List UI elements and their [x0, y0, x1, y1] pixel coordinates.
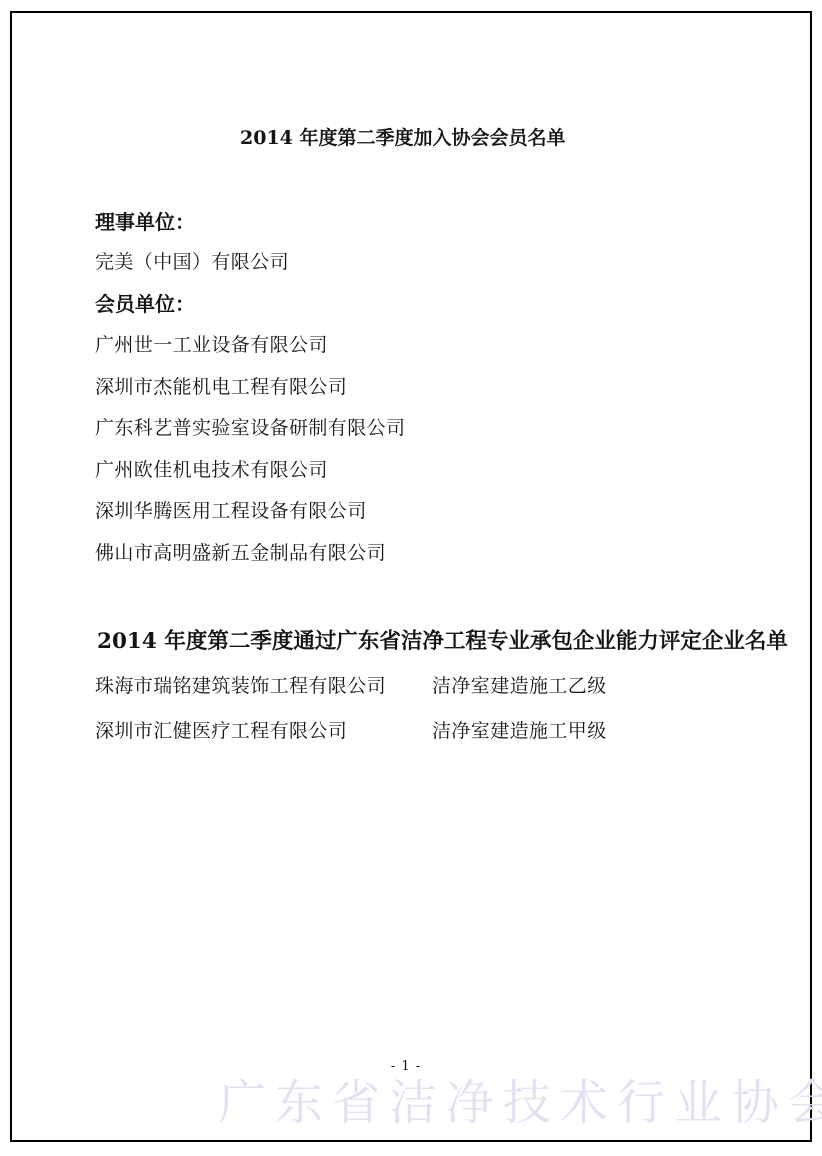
member-list-title: 2014 年度第二季度加入协会会员名单: [240, 129, 566, 148]
member-units-label: 会员单位：: [95, 294, 195, 314]
member-unit-item: 深圳华腾医用工程设备有限公司: [95, 502, 367, 521]
member-unit-item: 广州欧佳机电技术有限公司: [95, 461, 328, 480]
company-name: 珠海市瑞铭建筑装饰工程有限公司: [95, 677, 386, 696]
document-page: 广东省洁净技术行业协会 2014 年度第二季度加入协会会员名单 理事单位： 完美…: [0, 0, 822, 1156]
company-name: 深圳市汇健医疗工程有限公司: [95, 722, 347, 741]
member-unit-item: 佛山市高明盛新五金制品有限公司: [95, 544, 386, 563]
director-unit-item: 完美（中国）有限公司: [95, 253, 289, 272]
member-unit-item: 深圳市杰能机电工程有限公司: [95, 378, 347, 397]
member-unit-item: 广州世一工业设备有限公司: [95, 336, 328, 355]
grade-label: 洁净室建造施工乙级: [432, 677, 607, 696]
watermark-text: 广东省洁净技术行业协会: [218, 1079, 822, 1127]
grade-label: 洁净室建造施工甲级: [432, 722, 607, 741]
page-border: [10, 11, 812, 1142]
member-unit-item: 广东科艺普实验室设备研制有限公司: [95, 419, 405, 438]
evaluation-title: 2014 年度第二季度通过广东省洁净工程专业承包企业能力评定企业名单: [97, 631, 788, 653]
page-number: - 1 -: [0, 1060, 812, 1073]
director-units-label: 理事单位：: [95, 212, 195, 232]
